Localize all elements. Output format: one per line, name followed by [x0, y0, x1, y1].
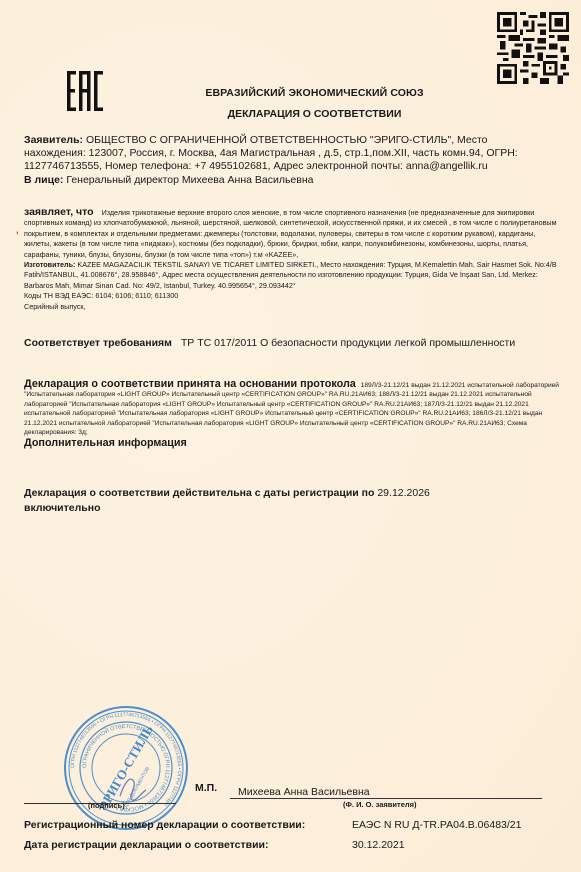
conformity-text: ТР ТС 017/2011 О безопасности продукции …: [181, 337, 515, 349]
margin-mark: ,: [16, 225, 19, 235]
document-title: ДЕКЛАРАЦИЯ О СООТВЕТСТВИИ: [0, 108, 581, 120]
conformity-label: Соответствует требованиям: [24, 337, 172, 349]
company-seal-stamp-icon: ОГРН 1127746713555 • ОГРН 1127746713555 …: [62, 704, 190, 832]
seal-place-label: М.П.: [195, 782, 217, 794]
union-title: ЕВРАЗИЙСКИЙ ЭКОНОМИЧЕСКИЙ СОЮЗ: [0, 87, 581, 99]
manufacturer-info: Изготовитель: KAZEE MAGAZACILIK TEKSTIL …: [24, 260, 564, 291]
validity-label: Декларация о соответствии действительна …: [24, 487, 374, 499]
protocol-text: 189Л/3-21.12/21 выдан 21.12.2021 испытат…: [24, 382, 559, 436]
representative-label: В лице:: [24, 174, 63, 186]
applicant-text: ОБЩЕСТВО С ОГРАНИЧЕННОЙ ОТВЕТСТВЕННОСТЬЮ…: [24, 134, 518, 172]
declaration-section: заявляет, что Изделия трикотажные верхни…: [24, 207, 564, 312]
applicant-name-caption: (Ф. И. О. заявителя): [343, 800, 417, 809]
hs-codes: Коды ТН ВЭД ЕАЭС: 6104; 6106; 6110; 6113…: [24, 291, 564, 301]
applicant-section: Заявитель: ОБЩЕСТВО С ОГРАНИЧЕННОЙ ОТВЕТ…: [24, 134, 544, 187]
representative-info: В лице: Генеральный директор Михеева Анн…: [24, 174, 544, 187]
declares-label: заявляет, что: [24, 206, 94, 218]
registration-number-label: Регистрационный номер декларации о соотв…: [24, 819, 305, 831]
products-description: заявляет, что Изделия трикотажные верхни…: [24, 207, 564, 260]
representative-text: Генеральный директор Михеева Анна Василь…: [66, 174, 313, 186]
protocol-label: Декларация о соответствии принята на осн…: [24, 378, 356, 390]
qr-code-icon[interactable]: [497, 12, 569, 84]
products-text: Изделия трикотажные верхние второго слоя…: [24, 208, 557, 259]
declaration-page: ЕВРАЗИЙСКИЙ ЭКОНОМИЧЕСКИЙ СОЮЗ ДЕКЛАРАЦИ…: [0, 0, 581, 872]
validity-suffix: включительно: [24, 502, 101, 514]
manufacturer-text: KAZEE MAGAZACILIK TEKSTIL SANAYI VE TICA…: [24, 260, 557, 290]
protocol-section: Декларация о соответствии принята на осн…: [24, 380, 564, 437]
validity-section: Декларация о соответствии действительна …: [24, 486, 494, 516]
name-line: [230, 798, 542, 799]
applicant-name: Михеева Анна Васильевна: [238, 786, 370, 798]
registration-date-value: 30.12.2021: [352, 839, 405, 851]
signature-caption: (подпись): [88, 801, 125, 810]
registration-number-value: ЕАЭС N RU Д-TR.PA04.B.06483/21: [352, 819, 521, 831]
conformity-section: Соответствует требованиям ТР ТС 017/2011…: [24, 336, 544, 351]
registration-date-label: Дата регистрации декларации о соответств…: [24, 839, 269, 851]
applicant-info: Заявитель: ОБЩЕСТВО С ОГРАНИЧЕННОЙ ОТВЕТ…: [24, 134, 544, 174]
validity-date: 29.12.2026: [377, 487, 430, 499]
serial-release: Серийный выпуск,: [24, 302, 564, 312]
manufacturer-label: Изготовитель:: [24, 260, 75, 269]
additional-info-heading: Дополнительная информация: [24, 437, 187, 449]
applicant-label: Заявитель:: [24, 134, 83, 146]
